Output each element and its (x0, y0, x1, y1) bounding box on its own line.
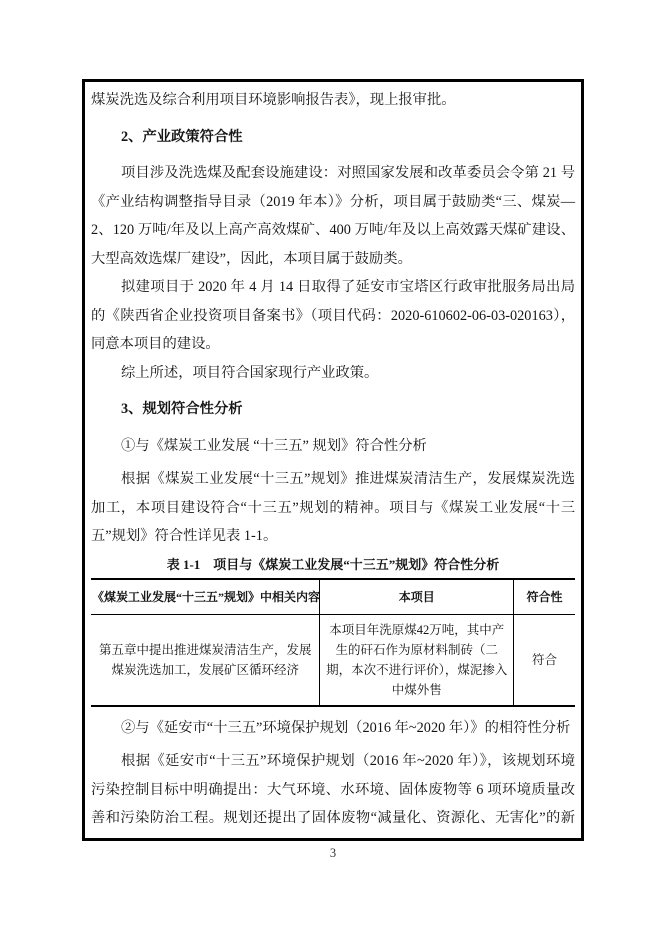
item-plan2-title: ②与《延安市“十三五”环境保护规划（2016 年~2020 年）》的相符性分析 (91, 714, 575, 743)
table-1-1-title: 表 1-1 项目与《煤炭工业发展“十三五”规划》符合性分析 (91, 554, 575, 576)
heading-industry-policy: 2、产业政策符合性 (91, 123, 575, 152)
table-row: 第五章中提出推进煤炭清洁生产，发展煤炭洗选加工，发展矿区循环经济 本项目年洗原煤… (91, 614, 575, 706)
table-header-plan-content: 《煤炭工业发展“十三五”规划》中相关内容 (91, 579, 320, 615)
page-number: 3 (82, 846, 584, 861)
item-plan1-title: ①与《煤炭工业发展 “十三五” 规划》符合性分析 (91, 432, 575, 461)
heading-planning-analysis: 3、规划符合性分析 (91, 395, 575, 424)
table-header-project: 本项目 (320, 579, 514, 615)
table-1-1: 《煤炭工业发展“十三五”规划》中相关内容 本项目 符合性 第五章中提出推进煤炭清… (91, 578, 575, 707)
paragraph-continuation: 煤炭洗选及综合利用项目环境影响报告表》，现上报审批。 (91, 86, 575, 115)
paragraph-industry-conclusion: 综上所述，项目符合国家现行产业政策。 (91, 359, 575, 388)
paragraph-industry-catalog: 项目涉及洗选煤及配套设施建设：对照国家发展和改革委员会令第 21 号《产业结构调… (91, 159, 575, 273)
table-cell-project: 本项目年洗原煤42万吨，其中产生的矸石作为原材料制砖（二期，本次不进行评价），煤… (320, 614, 514, 706)
table-cell-plan-content: 第五章中提出推进煤炭清洁生产，发展煤炭洗选加工，发展矿区循环经济 (91, 614, 320, 706)
paragraph-plan2-analysis: 根据《延安市“十三五”环境保护规划（2016 年~2020 年）》，该规划环境污… (91, 747, 575, 841)
paragraph-project-record: 拟建项目于 2020 年 4 月 14 日取得了延安市宝塔区行政审批服务局出局的… (91, 273, 575, 359)
table-header-conformity: 符合性 (514, 579, 575, 615)
table-cell-conformity: 符合 (514, 614, 575, 706)
page-frame: 煤炭洗选及综合利用项目环境影响报告表》，现上报审批。 2、产业政策符合性 项目涉… (82, 79, 584, 841)
table-header-row: 《煤炭工业发展“十三五”规划》中相关内容 本项目 符合性 (91, 579, 575, 615)
paragraph-plan1-analysis: 根据《煤炭工业发展“十三五”规划》推进煤炭清洁生产，发展煤炭洗选加工，本项目建设… (91, 465, 575, 551)
